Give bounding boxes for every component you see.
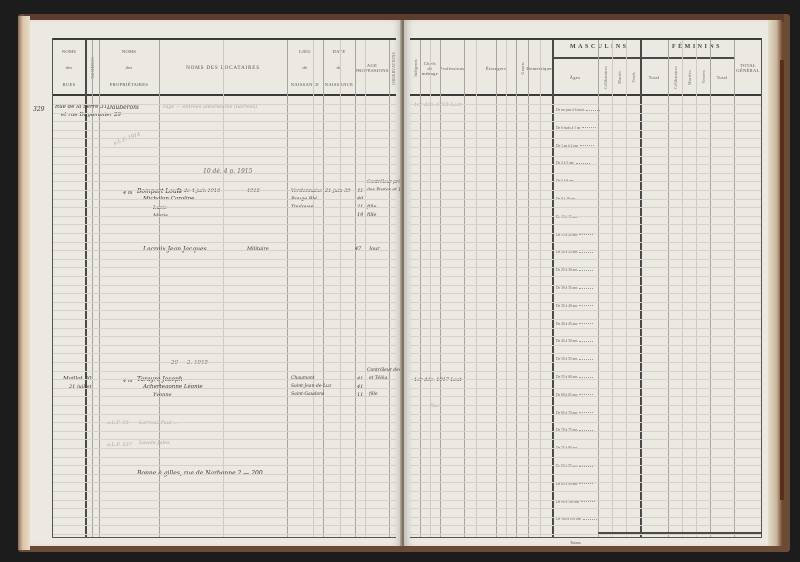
subheader-m-veufs: Veufs: [626, 58, 640, 96]
age-range-label: De 100 à 105 ans: [556, 517, 597, 521]
ruled-line: [410, 457, 761, 458]
ruled-line: [410, 319, 761, 320]
ruled-line: [410, 156, 761, 157]
age-range-label: De un jour à 6 mois: [556, 108, 600, 112]
totals-label: Totaux: [570, 540, 581, 545]
header-indigents: Indigents: [410, 40, 420, 96]
ruled-line: [53, 242, 396, 243]
ruled-line: [53, 147, 396, 148]
ruled-line: [410, 508, 761, 509]
ruled-line: [410, 336, 761, 337]
right-table: Indigents Chefs de ménage Professions Ét…: [410, 38, 762, 538]
ruled-line: [410, 242, 761, 243]
ruled-line: [410, 345, 761, 346]
ruled-line: [53, 233, 396, 234]
subheader-ages: Âges: [552, 58, 598, 96]
ruled-line: [53, 207, 396, 208]
ruled-line: [410, 431, 761, 432]
subheader-f-celibataires: Célibataires: [668, 58, 682, 96]
ruled-line: [410, 500, 761, 501]
ruled-line: [53, 396, 396, 397]
age-range-label: De 25 à 30 ans: [556, 268, 593, 272]
ruled-line: [410, 138, 761, 139]
ruled-line: [53, 500, 396, 501]
group-masculins: MASCULINS: [570, 44, 629, 50]
ruled-line: [410, 207, 761, 208]
ruled-line: [410, 259, 761, 260]
ruled-line: [53, 517, 396, 518]
header-lieu: LIEU de NAISSANCE: [287, 40, 323, 96]
ruled-line: [53, 224, 396, 225]
entry-lieu-1: Verdonnaise: [291, 188, 322, 194]
ruled-line: [53, 371, 396, 372]
subheader-m-total: Total: [640, 58, 668, 96]
ruled-line: [410, 267, 761, 268]
ruled-line: [53, 164, 396, 165]
ruled-line: [53, 285, 396, 286]
ruled-line: [410, 147, 761, 148]
subheader-m-maries: Mariés: [612, 58, 626, 96]
right-header: Indigents Chefs de ménage Professions Ét…: [410, 40, 761, 96]
ruled-line: [410, 422, 761, 423]
entry-extra: B. de 4 juin 1910: [177, 188, 220, 194]
ruled-line: [410, 414, 761, 415]
ruled-line: [410, 285, 761, 286]
age-range-label: De 30 à 35 ans: [556, 286, 593, 290]
right-page: Indigents Chefs de ménage Professions Ét…: [404, 20, 768, 546]
ruled-line: [53, 379, 396, 380]
ruled-line: [53, 190, 396, 191]
ruled-line: [53, 276, 396, 277]
ruled-line: [53, 353, 396, 354]
ruled-line: [53, 181, 396, 182]
subheader-f-veuves: Veuves: [696, 58, 710, 96]
ruled-line: [53, 414, 396, 415]
age-range-label: De 40 à 45 ans: [556, 322, 593, 326]
header-total-general: TOTAL GÉNÉRAL: [734, 40, 762, 96]
ruled-line: [53, 345, 396, 346]
ruled-line: [53, 259, 396, 260]
ruled-line: [53, 173, 396, 174]
right-note-3: Rue: [430, 403, 440, 409]
ruled-line: [410, 233, 761, 234]
ruled-line: [53, 431, 396, 432]
ruled-line: [410, 482, 761, 483]
ruled-line: [53, 422, 396, 423]
entry-number-329: 329: [33, 106, 44, 113]
ruled-line: [53, 319, 396, 320]
ruled-line: [410, 517, 761, 518]
entry-date-note: 10 dé. 4 p. 1915: [203, 168, 252, 175]
ruled-line: [53, 199, 396, 200]
ruled-line: [53, 216, 396, 217]
ruled-line: [53, 388, 396, 389]
subheader-f-mariees: Mariées: [682, 58, 696, 96]
ruled-line: [410, 491, 761, 492]
ruled-line: [53, 250, 396, 251]
ruled-line: [53, 113, 396, 114]
ruled-line: [53, 130, 396, 131]
ruled-line: [53, 474, 396, 475]
header-date: DATE de NAISSANCE: [323, 40, 355, 96]
ruled-line: [410, 474, 761, 475]
ruled-line: [410, 371, 761, 372]
ruled-line: [53, 465, 396, 466]
ruled-line: [410, 448, 761, 449]
ruled-line: [53, 534, 396, 535]
ruled-line: [410, 439, 761, 440]
ruled-line: [410, 353, 761, 354]
subheader-m-celibataires: Célibataires: [598, 58, 612, 96]
ruled-line: [410, 250, 761, 251]
ruled-line: [410, 310, 761, 311]
subheader-f-total: Total: [710, 58, 734, 96]
ruled-line: [410, 224, 761, 225]
ruled-line: [410, 104, 761, 105]
left-table: NOMS des RUES NUMÉROS NOMS des PROPRIÉTA…: [52, 38, 396, 538]
age-range-label: De 50 à 55 ans: [556, 357, 593, 361]
ruled-line: [410, 276, 761, 277]
right-note-1: 1er déc. 1915 Lost: [414, 102, 461, 108]
group-feminins: FÉMININS: [672, 44, 722, 50]
ruled-line: [53, 121, 396, 122]
ruled-line: [410, 181, 761, 182]
cover-left-edge: [18, 16, 30, 550]
ruled-line: [410, 302, 761, 303]
header-noms-proprietaires: NOMS des PROPRIÉTAIRES: [99, 40, 159, 96]
entry-date-note-2: 20 — 2. 1915: [171, 360, 208, 366]
ruled-line: [53, 104, 396, 105]
header-professions: Professions: [440, 40, 464, 96]
entry-age-1: 41: [357, 188, 363, 194]
ruled-line: [410, 164, 761, 165]
ruled-line: [53, 491, 396, 492]
ruled-line: [53, 336, 396, 337]
ruled-line: [53, 267, 396, 268]
header-noms-rues: NOMS des RUES: [53, 40, 85, 96]
ruled-line: [410, 113, 761, 114]
ruled-line: [53, 439, 396, 440]
age-range-label: De 35 à 40 ans: [556, 304, 593, 308]
entry-date: 21 juin 39: [325, 188, 351, 194]
ruled-line: [410, 396, 761, 397]
entry-tenant-lavoie: Lavoie Jules: [139, 440, 170, 446]
left-header: NOMS des RUES NUMÉROS NOMS des PROPRIÉTA…: [53, 40, 396, 96]
ruled-line: [410, 405, 761, 406]
ruled-line: [410, 293, 761, 294]
ruled-line: [53, 302, 396, 303]
ruled-line: [410, 130, 761, 131]
ruled-line: [53, 457, 396, 458]
ruled-line: [410, 199, 761, 200]
ruled-line: [53, 293, 396, 294]
ruled-line: [53, 405, 396, 406]
entry-note: 1916: [247, 188, 260, 194]
ruled-line: [53, 482, 396, 483]
header-observations: OBSERVATIONS: [389, 40, 397, 96]
ruled-line: [410, 121, 761, 122]
ruled-line: [410, 362, 761, 363]
ruled-line: [410, 173, 761, 174]
ruled-line: [410, 379, 761, 380]
left-page: NOMS des RUES NUMÉROS NOMS des PROPRIÉTA…: [30, 20, 402, 546]
ruled-line: [53, 156, 396, 157]
ruled-line: [53, 362, 396, 363]
ruled-line: [410, 465, 761, 466]
ruled-line: [410, 216, 761, 217]
ruled-line: [410, 388, 761, 389]
ruled-line: [410, 328, 761, 329]
ruled-line: [53, 138, 396, 139]
ruled-line: [410, 525, 761, 526]
worn-binding-edge: [780, 60, 784, 500]
entry-owner: Dauberoni: [107, 104, 139, 111]
ruled-line: [53, 328, 396, 329]
ruled-line: [53, 310, 396, 311]
age-range-label: De 45 à 50 ans: [556, 339, 593, 343]
header-age-profession: AGE PROFESSIONS: [355, 40, 389, 96]
ruled-line: [410, 190, 761, 191]
ruled-line: [53, 525, 396, 526]
ruled-line: [53, 508, 396, 509]
ruled-line: [410, 534, 761, 535]
ruled-line: [53, 448, 396, 449]
